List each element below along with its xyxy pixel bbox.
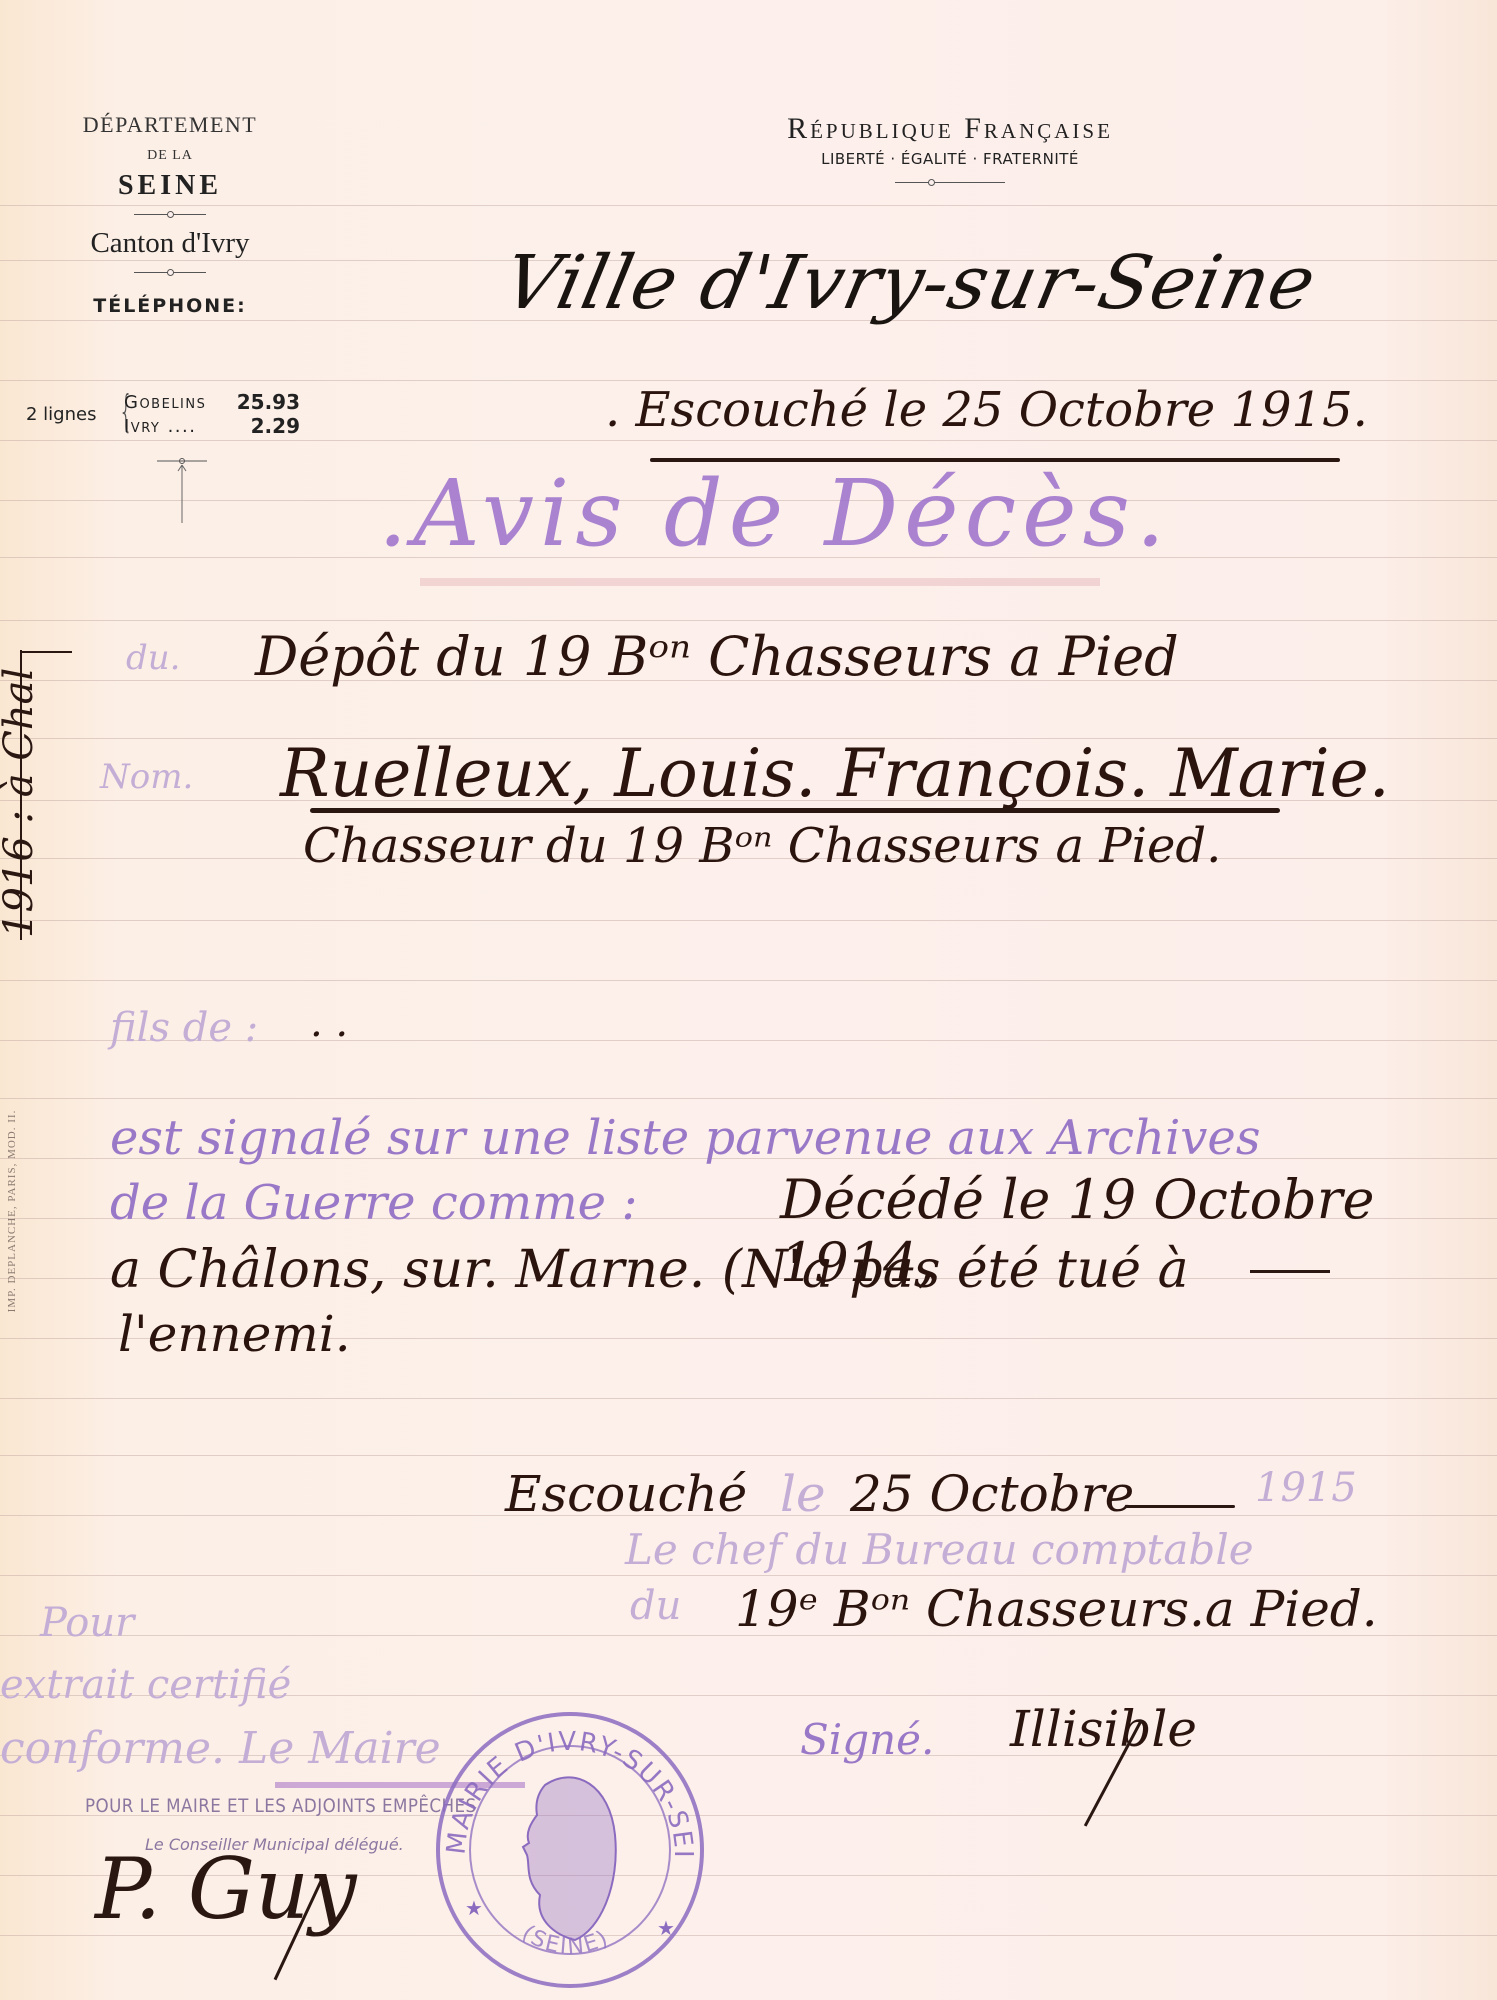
underline (310, 808, 1280, 813)
cert-conforme: conforme. Le Maire (0, 1723, 441, 1774)
underline (1250, 1270, 1330, 1273)
printer-imprint: IMP. DEPLANCHE, PARIS, MOD. II. (6, 1051, 18, 1371)
ruled-line (0, 1098, 1497, 1099)
republic-motto: LIBERTÉ · ÉGALITÉ · FRATERNITÉ (640, 150, 1260, 168)
death-remark: l'ennemi. (118, 1305, 351, 1363)
cert-pour: Pour (40, 1600, 134, 1646)
department-de-la: DE LA (40, 148, 300, 164)
unit-label: du. (126, 638, 180, 678)
ornament-divider (134, 272, 206, 273)
phone-exchange: Gobelins (124, 392, 206, 413)
ornament-divider (134, 214, 206, 215)
soldier-name: Ruelleux, Louis. François. Marie. (280, 735, 1390, 812)
city-name: Ville d'Ivry-sur-Seine (451, 240, 1369, 326)
closing-date: 25 Octobre (850, 1465, 1134, 1523)
closing-battalion: 19ᵉ Bᵒⁿ Chasseurs.a Pied. (735, 1580, 1378, 1638)
ornament-pin-icon (152, 455, 212, 525)
signale-line: est signalé sur une liste parvenue aux A… (110, 1110, 1490, 1166)
svg-text:★: ★ (465, 1896, 483, 1920)
ruled-line (0, 620, 1497, 621)
telephone-label: TÉLÉPHONE: (40, 295, 300, 317)
department-letterhead: DÉPARTEMENT DE LA SEINE Canton d'Ivry TÉ… (40, 112, 300, 317)
department-label: DÉPARTEMENT (40, 112, 300, 138)
cert-extrait: extrait certifié (0, 1662, 291, 1708)
canton-name: Canton d'Ivry (40, 227, 300, 260)
department-name: SEINE (40, 170, 300, 202)
signed-label: Signé. (800, 1715, 934, 1764)
margin-note: 1916 : à Chal (0, 648, 42, 938)
unit-value: Dépôt du 19 Bᵒⁿ Chasseurs a Pied (255, 625, 1179, 688)
ruled-line (0, 380, 1497, 381)
closing-year: 1915 (1255, 1465, 1357, 1511)
ruled-line (0, 440, 1497, 441)
parents-label: fils de : (110, 1005, 258, 1051)
illegible-signature: Illisible (1010, 1700, 1197, 1758)
ruled-line (0, 1398, 1497, 1399)
chef-line: Le chef du Bureau comptable (625, 1525, 1254, 1574)
closing-le: le (780, 1465, 826, 1523)
place-date: . Escouché le 25 Octobre 1915. (605, 382, 1368, 438)
stamp-title: POUR LE MAIRE ET LES ADJOINTS EMPÊCHES (85, 1795, 477, 1817)
dash (1125, 1505, 1235, 1508)
closing-place: Escouché (505, 1465, 747, 1523)
ornament-divider (895, 182, 1005, 183)
republic-letterhead: République Française LIBERTÉ · ÉGALITÉ ·… (640, 112, 1260, 195)
ruled-line (0, 920, 1497, 921)
ruled-line (0, 1515, 1497, 1516)
republic-title: République Française (640, 112, 1260, 146)
svg-text:★: ★ (657, 1916, 675, 1940)
faded-bar (420, 578, 1100, 586)
soldier-grade: Chasseur du 19 Bᵒⁿ Chasseurs a Pied. (303, 818, 1221, 874)
phone-exchange: Ivry .... (124, 416, 196, 437)
lines-count: 2 lignes (26, 404, 96, 425)
death-place: a Châlons, sur. Marne. (N'a pas été tué … (110, 1240, 1189, 1300)
death-notice-document: DÉPARTEMENT DE LA SEINE Canton d'Ivry TÉ… (0, 0, 1497, 2000)
phone-number: 2.29 (251, 414, 300, 438)
ruled-line (0, 1575, 1497, 1576)
closing-du: du (630, 1583, 681, 1629)
ruled-line (0, 1455, 1497, 1456)
mairie-seal-icon: MAIRIE D'IVRY-SUR-SEINE (SEINE) ★ ★ (425, 1705, 710, 1990)
name-label: Nom. (100, 757, 193, 797)
document-title: .Avis de Décès. (378, 460, 1171, 567)
phone-number: 25.93 (237, 390, 300, 414)
guerre-line: de la Guerre comme : (110, 1175, 637, 1231)
ruled-line (0, 980, 1497, 981)
parents-value: . . (310, 1000, 348, 1046)
